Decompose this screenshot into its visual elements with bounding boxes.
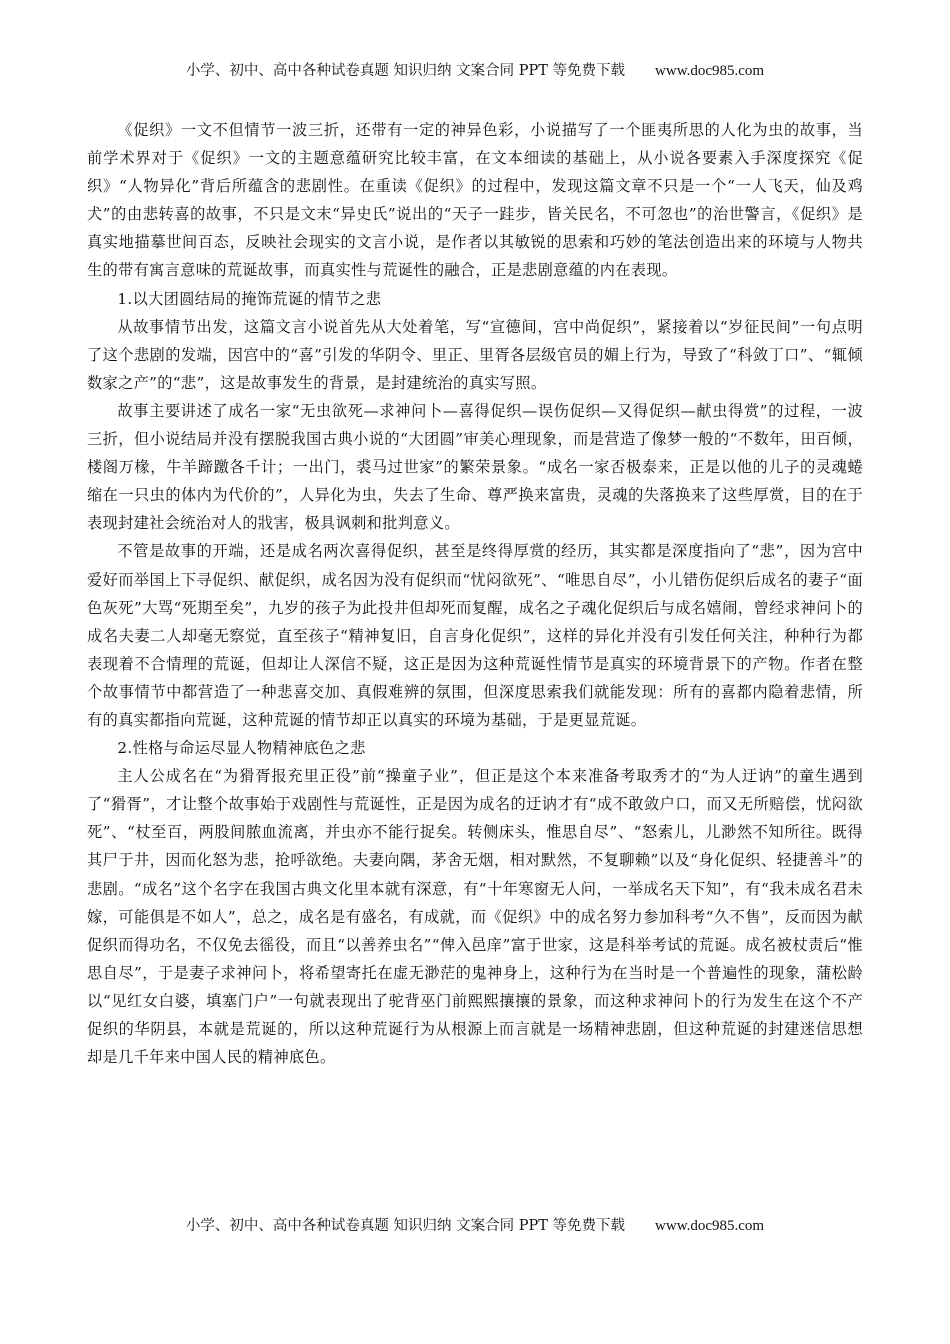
section-heading-2: 2.性格与命运尽显人物精神底色之悲 [87,734,863,762]
header-text: 小学、初中、高中各种试卷真题 知识归纳 文案合同 PPT 等免费下载 [186,63,625,79]
article-body: 《促织》一文不但情节一波三折，还带有一定的神异色彩，小说描写了一个匪夷所思的人化… [87,116,863,1071]
footer-text: 小学、初中、高中各种试卷真题 知识归纳 文案合同 PPT 等免费下载 [186,1218,625,1234]
body-paragraph: 不管是故事的开端，还是成名两次喜得促织，甚至是终得厚赏的经历，其实都是深度指向了… [87,537,863,734]
body-paragraph: 主人公成名在“为猾胥报充里正役”前“操童子业”，但正是这个本来准备考取秀才的“为… [87,762,863,1071]
footer-site-link[interactable]: www.doc985.com [655,1218,764,1234]
intro-paragraph: 《促织》一文不但情节一波三折，还带有一定的神异色彩，小说描写了一个匪夷所思的人化… [87,116,863,285]
body-paragraph: 故事主要讲述了成名一家“无虫欲死—求神问卜—喜得促织—误伤促织—又得促织—献虫得… [87,397,863,537]
page-footer: 小学、初中、高中各种试卷真题 知识归纳 文案合同 PPT 等免费下载www.do… [0,1214,950,1235]
body-paragraph: 从故事情节出发，这篇文言小说首先从大处着笔，写“宣德间，宫中尚促织”，紧接着以“… [87,313,863,397]
page-header: 小学、初中、高中各种试卷真题 知识归纳 文案合同 PPT 等免费下载www.do… [0,59,950,80]
header-site-link[interactable]: www.doc985.com [655,63,764,79]
section-heading-1: 1.以大团圆结局的掩饰荒诞的情节之悲 [87,285,863,313]
